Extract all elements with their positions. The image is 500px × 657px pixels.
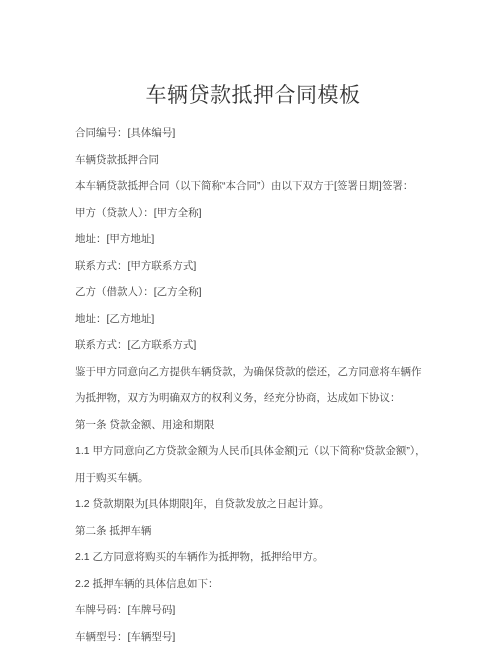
clause-2-1: 2.1 乙方同意将购买的车辆作为抵押物，抵押给甲方。 <box>75 544 431 571</box>
contract-number-line: 合同编号：[具体编号] <box>75 120 431 147</box>
document-title: 车辆贷款抵押合同模板 <box>75 81 431 110</box>
document-body: 合同编号：[具体编号] 车辆贷款抵押合同 本车辆贷款抵押合同（以下简称“本合同”… <box>75 120 431 650</box>
party-b-line: 乙方（借款人）：[乙方全称] <box>75 279 431 306</box>
clause-1-2: 1.2 贷款期限为[具体期限]年，自贷款发放之日起计算。 <box>75 491 431 518</box>
clause-2-2: 2.2 抵押车辆的具体信息如下： <box>75 571 431 598</box>
party-a-address-line: 地址：[甲方地址] <box>75 226 431 253</box>
vehicle-model-line: 车辆型号：[车辆型号] <box>75 624 431 651</box>
whereas-clause: 鉴于甲方同意向乙方提供车辆贷款，为确保贷款的偿还，乙方同意将车辆作为抵押物，双方… <box>75 359 431 412</box>
party-b-address-line: 地址：[乙方地址] <box>75 306 431 333</box>
article-2-heading: 第二条 抵押车辆 <box>75 518 431 545</box>
party-a-contact-line: 联系方式：[甲方联系方式] <box>75 253 431 280</box>
clause-1-1: 1.1 甲方同意向乙方贷款金额为人民币[具体金额]元（以下简称“贷款金额”），用… <box>75 438 431 491</box>
preamble-signing-line: 本车辆贷款抵押合同（以下简称“本合同”）由以下双方于[签署日期]签署： <box>75 173 431 200</box>
plate-number-line: 车牌号码：[车牌号码] <box>75 597 431 624</box>
party-b-contact-line: 联系方式：[乙方联系方式] <box>75 332 431 359</box>
document-page: 车辆贷款抵押合同模板 合同编号：[具体编号] 车辆贷款抵押合同 本车辆贷款抵押合… <box>0 0 500 657</box>
article-1-heading: 第一条 贷款金额、用途和期限 <box>75 412 431 439</box>
contract-subtitle: 车辆贷款抵押合同 <box>75 147 431 174</box>
party-a-line: 甲方（贷款人）：[甲方全称] <box>75 200 431 227</box>
